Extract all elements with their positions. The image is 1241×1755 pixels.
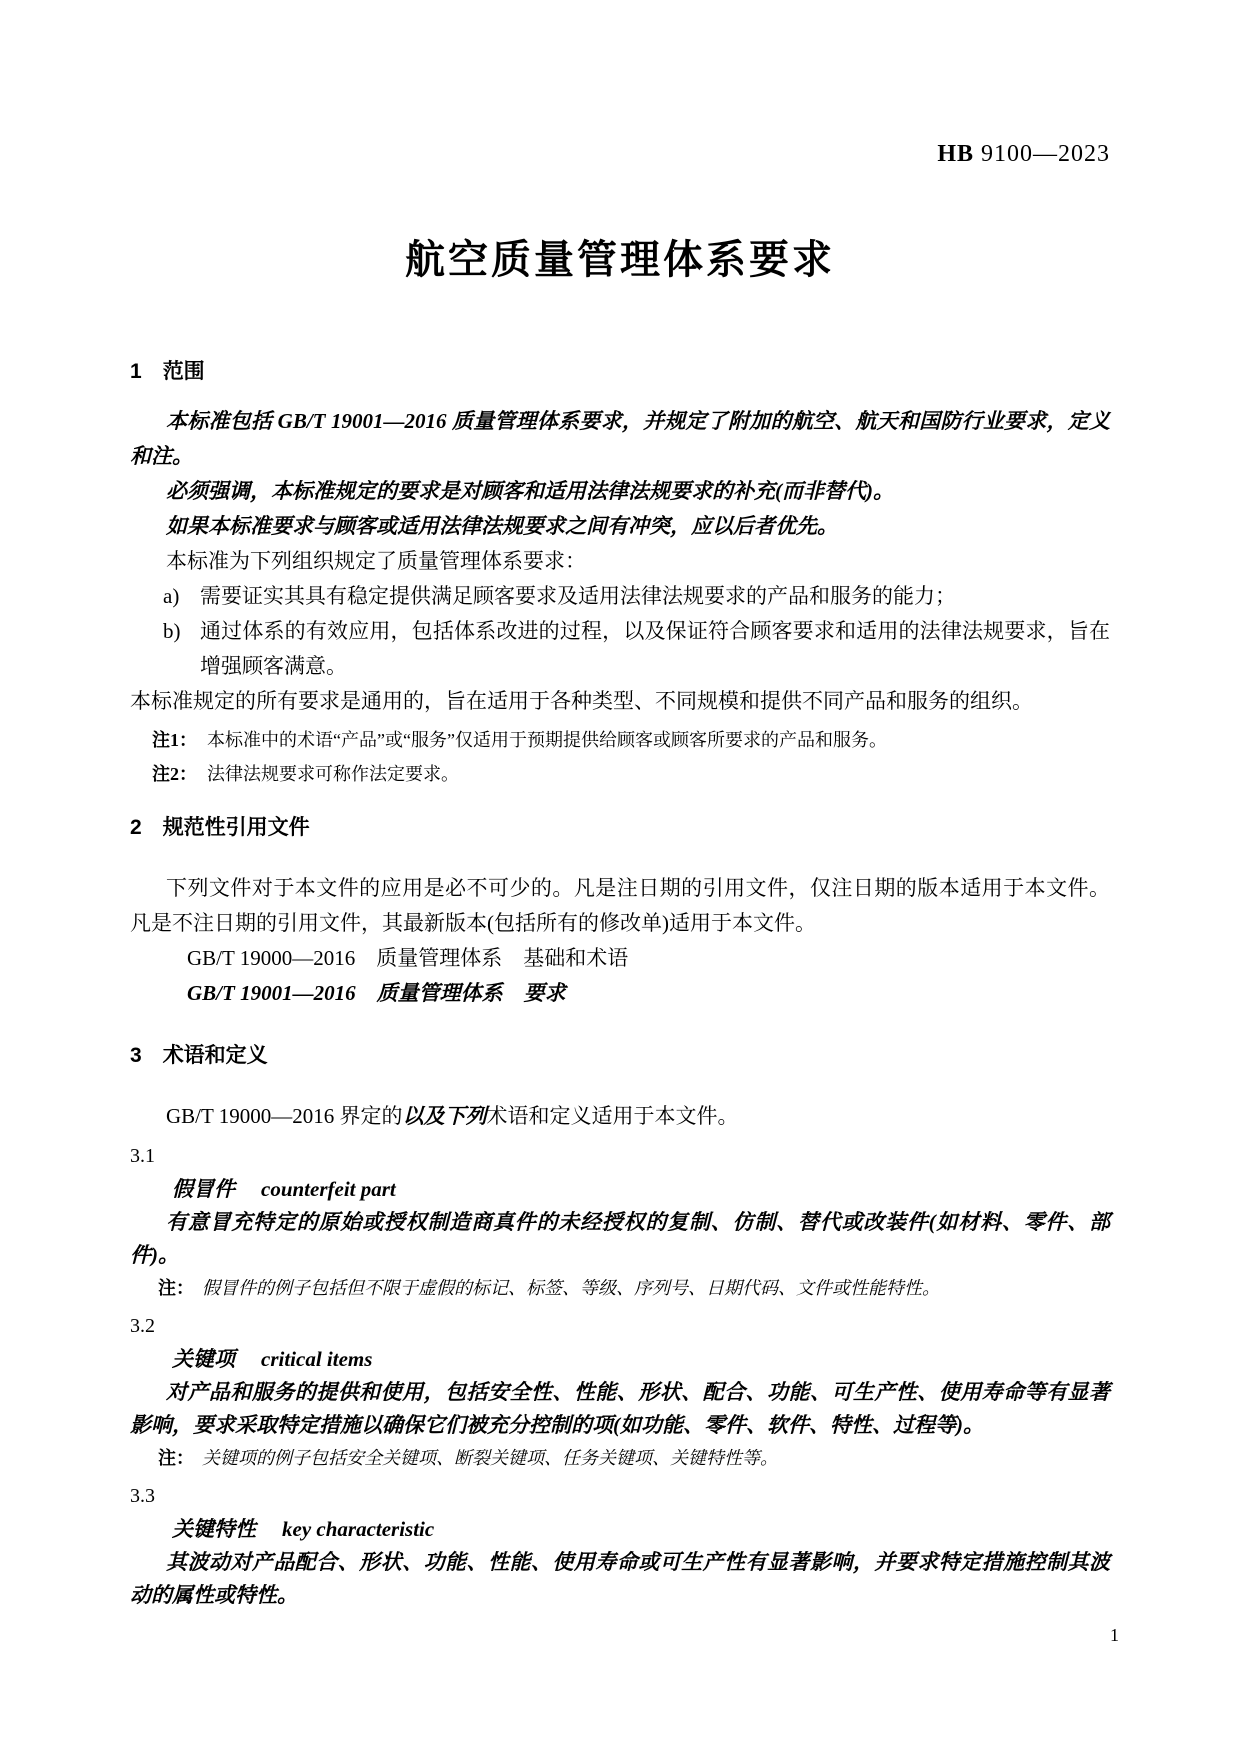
term-3-2-cn: 关键项 [172, 1347, 235, 1371]
section-2-heading: 2规范性引用文件 [130, 813, 1110, 843]
terms-intro-part3: 术语和定义适用于本文件。 [486, 1104, 738, 1128]
scope-paragraph-2: 必须强调，本标准规定的要求是对顾客和适用法律法规要求的补充(而非替代)。 [130, 474, 1110, 509]
term-3-1-number: 3.1 [130, 1140, 1110, 1173]
scope-note-1: 注1：本标准中的术语“产品”或“服务”仅适用于预期提供给顾客或顾客所要求的产品和… [152, 723, 1110, 757]
term-3-1-cn: 假冒件 [172, 1177, 235, 1201]
term-3-1-note-text: 假冒件的例子包括但不限于虚假的标记、标签、等级、序列号、日期代码、文件或性能特性… [202, 1278, 940, 1298]
term-3-1-title: 假冒件counterfeit part [172, 1173, 1110, 1206]
scope-paragraph-1: 本标准包括 GB/T 19001—2016 质量管理体系要求，并规定了附加的航空… [130, 404, 1110, 474]
term-3-2-note-text: 关键项的例子包括安全关键项、断裂关键项、任务关键项、关键特性等。 [202, 1448, 778, 1468]
terms-intro-part2: 以及下列 [402, 1104, 486, 1128]
list-item-a: a) 需要证实其具有稳定提供满足顾客要求及适用法律法规要求的产品和服务的能力； [163, 579, 1110, 614]
scope-paragraph-4: 本标准为下列组织规定了质量管理体系要求： [130, 544, 1110, 579]
section-3-title: 术语和定义 [163, 1044, 268, 1067]
term-3-3-title: 关键特性key characteristic [172, 1513, 1110, 1546]
list-item-a-marker: a) [163, 579, 200, 614]
term-3-3-definition: 其波动对产品配合、形状、功能、性能、使用寿命或可生产性有显著影响，并要求特定措施… [130, 1546, 1110, 1612]
scope-note-1-label: 注1： [152, 730, 197, 750]
section-1-title: 范围 [163, 360, 205, 383]
doc-code-prefix: HB [937, 141, 974, 167]
section-3-number: 3 [130, 1044, 142, 1067]
scope-paragraph-3: 如果本标准要求与顾客或适用法律法规要求之间有冲突，应以后者优先。 [130, 509, 1110, 544]
term-3-1-note: 注：假冒件的例子包括但不限于虚假的标记、标签、等级、序列号、日期代码、文件或性能… [158, 1272, 1110, 1304]
term-3-2-title: 关键项critical items [172, 1343, 1110, 1376]
term-3-2-definition: 对产品和服务的提供和使用，包括安全性、性能、形状、配合、功能、可生产性、使用寿命… [130, 1376, 1110, 1442]
reference-gbt19001: GB/T 19001—2016 质量管理体系 要求 [187, 976, 1110, 1011]
document-page: HB9100—2023 航空质量管理体系要求 1范围 本标准包括 GB/T 19… [0, 0, 1241, 1755]
document-title: 航空质量管理体系要求 [130, 237, 1110, 283]
scope-note-2: 注2：法律法规要求可称作法定要求。 [152, 757, 1110, 791]
scope-note-2-text: 法律法规要求可称作法定要求。 [207, 764, 459, 784]
term-3-2-en: critical items [261, 1347, 372, 1371]
section-2-title: 规范性引用文件 [163, 816, 310, 839]
section-1-number: 1 [130, 360, 142, 383]
term-3-2-number: 3.2 [130, 1310, 1110, 1343]
list-item-b-text: 通过体系的有效应用，包括体系改进的过程，以及保证符合顾客要求和适用的法律法规要求… [200, 614, 1110, 684]
list-item-a-text: 需要证实其具有稳定提供满足顾客要求及适用法律法规要求的产品和服务的能力； [200, 579, 1110, 614]
term-3-3-cn: 关键特性 [172, 1517, 256, 1541]
terms-intro: GB/T 19000—2016 界定的以及下列术语和定义适用于本文件。 [130, 1099, 1110, 1134]
scope-note-2-label: 注2： [152, 764, 197, 784]
list-item-b: b) 通过体系的有效应用，包括体系改进的过程，以及保证符合顾客要求和适用的法律法… [163, 614, 1110, 684]
term-3-2-note: 注：关键项的例子包括安全关键项、断裂关键项、任务关键项、关键特性等。 [158, 1442, 1110, 1474]
doc-code-number: 9100—2023 [981, 141, 1110, 167]
term-3-2-note-label: 注： [158, 1448, 194, 1468]
section-2-number: 2 [130, 816, 142, 839]
section-3-heading: 3术语和定义 [130, 1041, 1110, 1071]
reference-gbt19000: GB/T 19000—2016 质量管理体系 基础和术语 [187, 941, 1110, 976]
page-number: 1 [1110, 1624, 1119, 1646]
terms-intro-part1: GB/T 19000—2016 界定的 [166, 1104, 402, 1128]
doc-code: HB9100—2023 [130, 0, 1110, 167]
term-3-3-number: 3.3 [130, 1480, 1110, 1513]
term-3-1-en: counterfeit part [261, 1177, 396, 1201]
scope-note-1-text: 本标准中的术语“产品”或“服务”仅适用于预期提供给顾客或顾客所要求的产品和服务。 [207, 730, 887, 750]
section-1-heading: 1范围 [130, 357, 1110, 387]
term-3-3-en: key characteristic [282, 1517, 434, 1541]
term-3-1-definition: 有意冒充特定的原始或授权制造商真件的未经授权的复制、仿制、替代或改装件(如材料、… [130, 1206, 1110, 1272]
term-3-1-note-label: 注： [158, 1278, 194, 1298]
list-item-b-marker: b) [163, 614, 200, 684]
scope-paragraph-5: 本标准规定的所有要求是通用的，旨在适用于各种类型、不同规模和提供不同产品和服务的… [130, 684, 1110, 719]
references-paragraph: 下列文件对于本文件的应用是必不可少的。凡是注日期的引用文件，仅注日期的版本适用于… [130, 871, 1110, 941]
